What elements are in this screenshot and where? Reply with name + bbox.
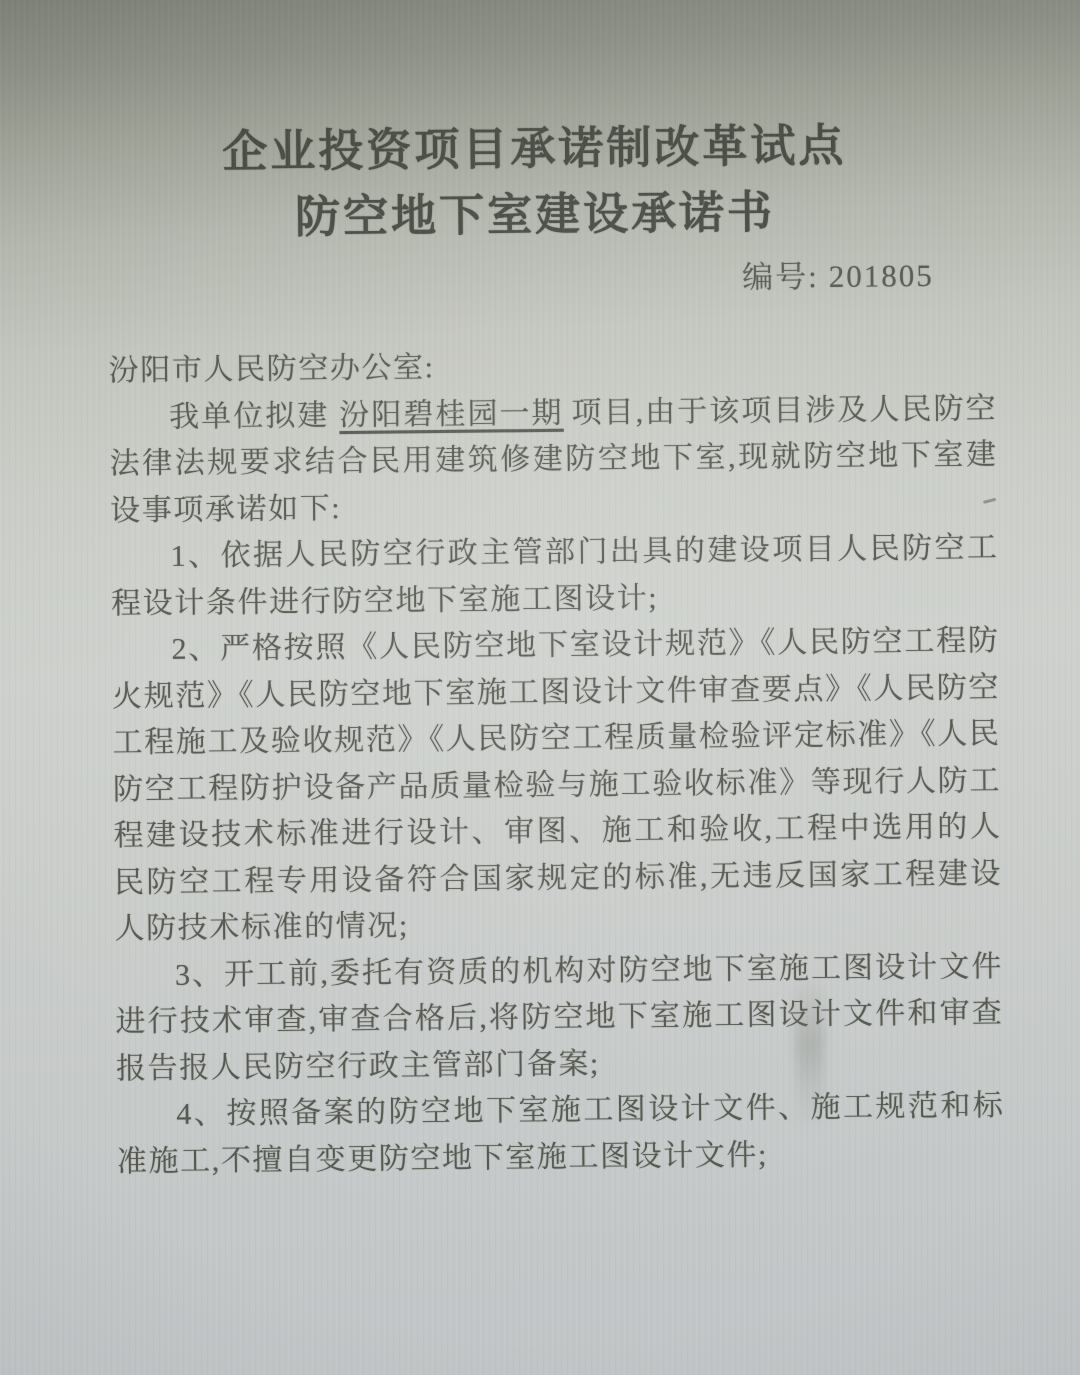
doc-title-line1: 企业投资项目承诺制改革试点 <box>0 106 1075 182</box>
intro-prefix: 我单位拟建 <box>169 399 330 434</box>
intro-paragraph: 我单位拟建汾阳碧桂园一期项目,由于该项目涉及人民防空法律法规要求结合民用建筑修建… <box>109 386 998 535</box>
doc-number: 编号:201805 <box>742 250 934 297</box>
commitment-item-4: 4、按照备案的防空地下室施工图设计文件、施工规范和标准施工,不擅自变更防空地下室… <box>116 1083 1005 1185</box>
commitment-item-1: 1、依据人民防空行政主管部门出具的建设项目人民防空工程设计条件进行防空地下室施工… <box>110 525 999 627</box>
doc-number-value: 201805 <box>829 258 934 294</box>
doc-body: 汾阳市人民防空办公室: 我单位拟建汾阳碧桂园一期项目,由于该项目涉及人民防空法律… <box>108 339 1005 1185</box>
commitment-item-3: 3、开工前,委托有资质的机构对防空地下室施工图设计文件进行技术审查,审查合格后,… <box>115 944 1004 1093</box>
paper: 企业投资项目承诺制改革试点 防空地下室建设承诺书 编号:201805 汾阳市人民… <box>0 0 1080 1375</box>
project-name-underlined: 汾阳碧桂园一期 <box>329 396 572 432</box>
commitment-item-2: 2、严格按照《人民防空地下室设计规范》《人民防空工程防火规范》《人民防空地下室施… <box>111 618 1002 953</box>
doc-title-line2: 防空地下室建设承诺书 <box>0 172 1075 248</box>
document-photo: 企业投资项目承诺制改革试点 防空地下室建设承诺书 编号:201805 汾阳市人民… <box>0 0 1080 1375</box>
doc-number-label: 编号: <box>742 259 819 295</box>
